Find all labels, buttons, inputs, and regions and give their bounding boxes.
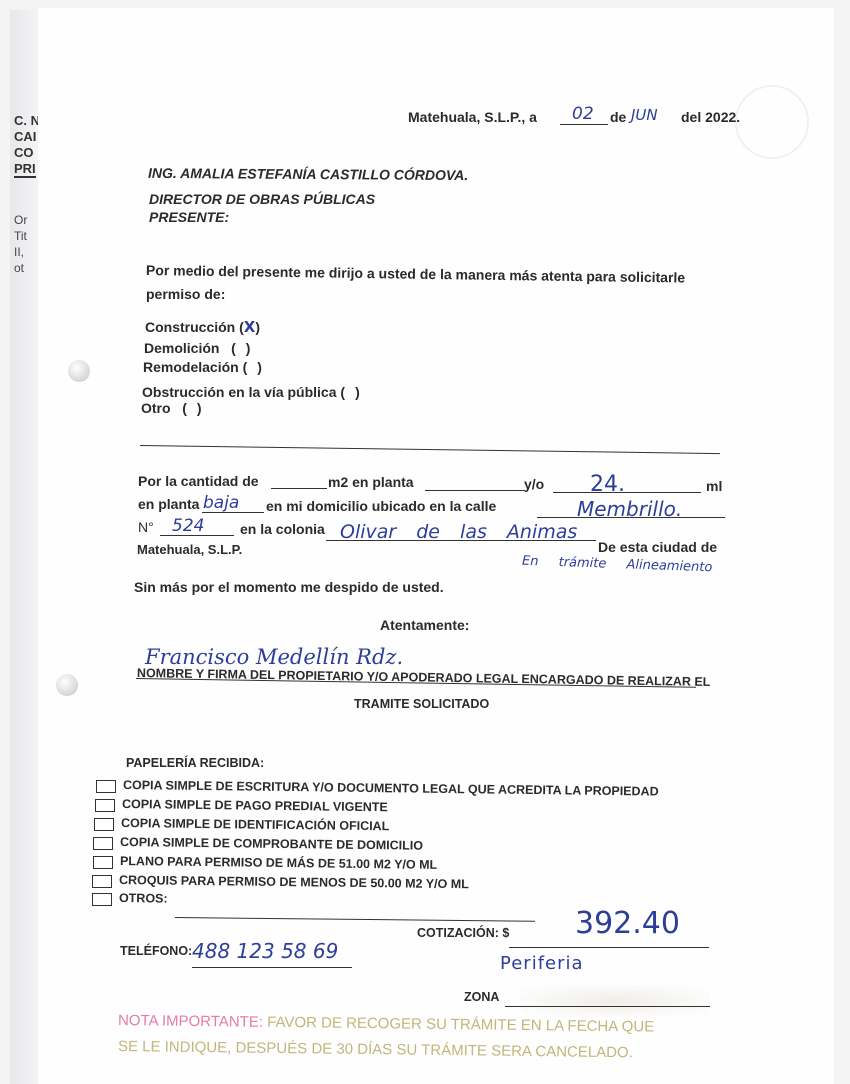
cotizacion-field[interactable] [509, 947, 709, 948]
signature: Francisco Medellín Rdz. [145, 645, 403, 669]
colonia-label: en la colonia [240, 521, 325, 537]
intro-line-2: permiso de: [146, 286, 225, 302]
m2-label: m2 en planta [328, 474, 414, 490]
papeleria-checkbox[interactable] [93, 837, 113, 850]
yo-label: y/o [524, 476, 544, 492]
permit-option-label: Demolición ( [144, 340, 236, 356]
ml-value[interactable]: 24. [590, 472, 625, 497]
telefono-label: TELÉFONO: [120, 944, 192, 958]
ml-label: ml [706, 478, 722, 494]
permit-option-label: Construcción ( [145, 319, 244, 335]
permit-option[interactable]: Demolición () [144, 340, 250, 356]
permit-option[interactable]: Construcción (X) [145, 318, 260, 336]
permit-option-label: Remodelación ( [143, 359, 247, 375]
zona-handwritten: Periferia [500, 953, 584, 974]
permit-option-label: Obstrucción en la vía pública ( [142, 384, 345, 400]
permit-option-close: ) [246, 340, 251, 356]
zona-label: ZONA [464, 990, 499, 1004]
edge-fragment: ot [14, 261, 24, 275]
edge-fragment: PRI [14, 161, 36, 178]
papeleria-title: PAPELERÍA RECIBIDA: [126, 756, 264, 770]
punch-hole [68, 360, 90, 382]
qty-label: Por la cantidad de [138, 473, 259, 489]
compass-watermark [735, 85, 809, 159]
qty-field[interactable] [271, 488, 327, 489]
day-line [560, 124, 608, 125]
permit-option[interactable]: Obstrucción en la vía pública () [142, 384, 360, 400]
permit-option[interactable]: Remodelación () [143, 359, 262, 375]
edge-fragment: CAI [14, 129, 36, 144]
recipient-name: ING. AMALIA ESTEFANÍA CASTILLO CÓRDOVA. [148, 165, 468, 183]
papeleria-checkbox[interactable] [96, 780, 116, 793]
place-date-prefix: Matehuala, S.L.P., a [408, 109, 537, 125]
papeleria-checkbox[interactable] [95, 799, 115, 812]
permit-option-close: ) [355, 384, 360, 400]
papeleria-checkbox[interactable] [92, 875, 112, 888]
telefono-value[interactable]: 488 123 58 69 [192, 939, 338, 963]
papeleria-item-label: OTROS: [119, 891, 168, 906]
signature-label-2: TRAMITE SOLICITADO [354, 697, 489, 711]
cotizacion-value[interactable]: 392.40 [575, 906, 680, 941]
recipient-title: DIRECTOR DE OBRAS PÚBLICAS [149, 191, 375, 207]
edge-fragment: Or [14, 213, 27, 227]
domicilio-label: en mi domicilio ubicado en la calle [266, 498, 496, 514]
permit-option-close: ) [255, 319, 260, 335]
month-value[interactable]: JUN [631, 106, 658, 124]
en-planta-value[interactable]: baja [203, 493, 239, 513]
city-label: Matehuala, S.L.P. [137, 542, 242, 557]
zona-field[interactable] [505, 1006, 710, 1007]
telefono-field[interactable] [192, 967, 352, 968]
year-label: del 2022. [681, 109, 740, 125]
cotizacion-label: COTIZACIÓN: $ [417, 926, 509, 940]
permit-option[interactable]: Otro () [141, 400, 202, 416]
planta-field[interactable] [425, 490, 525, 491]
punch-hole [56, 674, 78, 696]
permit-option-label: Otro ( [141, 400, 187, 416]
num-label: N° [138, 519, 154, 535]
recipient-presente: PRESENTE: [149, 209, 229, 225]
calle-value[interactable]: Membrillo. [577, 497, 682, 521]
permit-option-mark[interactable]: X [244, 318, 256, 336]
ml-field[interactable] [553, 492, 701, 493]
papeleria-checkbox[interactable] [93, 856, 113, 869]
ciudad-label: De esta ciudad de [598, 539, 717, 555]
papeleria-checkbox[interactable] [92, 893, 112, 906]
correction-smudge [520, 985, 710, 1017]
atentamente-label: Atentamente: [380, 617, 469, 633]
edge-fragment: CO [14, 145, 34, 160]
nota-label: NOTA IMPORTANTE: [118, 1012, 263, 1031]
en-planta-label: en planta [138, 496, 199, 512]
edge-fragment: II, [14, 245, 24, 259]
permit-option-close: ) [197, 400, 202, 416]
num-value[interactable]: 524 [172, 516, 204, 536]
papeleria-checkbox[interactable] [94, 818, 114, 831]
edge-fragment: C. N [14, 113, 40, 128]
colonia-value[interactable]: Olivar de las Animas [340, 521, 577, 543]
farewell-text: Sin más por el momento me despido de ust… [134, 579, 444, 595]
day-value[interactable]: 02 [572, 104, 594, 124]
permit-option-close: ) [257, 359, 262, 375]
de-label: de [610, 109, 626, 125]
edge-fragment: Tit [14, 229, 27, 243]
